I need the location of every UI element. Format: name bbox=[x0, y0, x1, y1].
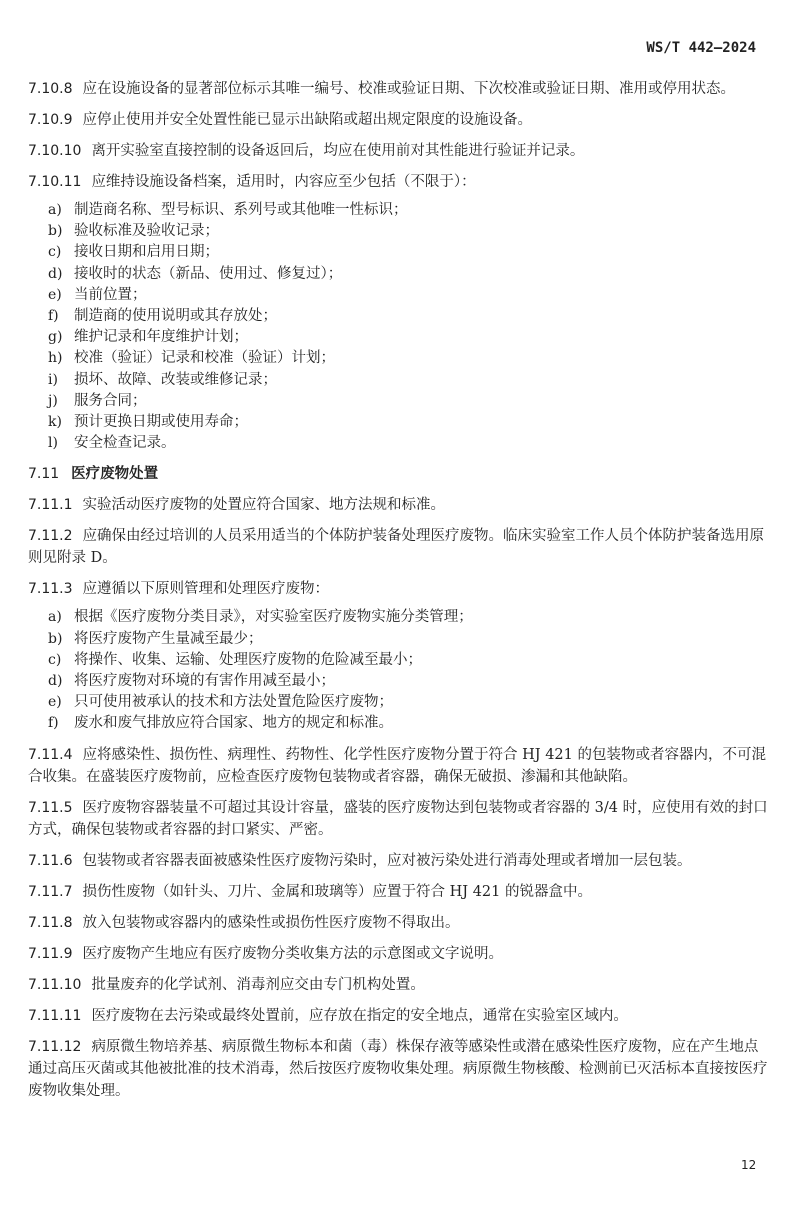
list-text: 将医疗废物对环境的有害作用减至最小； bbox=[70, 671, 335, 692]
standard-id-header: WS/T 442—2024 bbox=[646, 40, 756, 56]
clause-number: 7.11.11 bbox=[28, 1008, 81, 1024]
clause-text: 应停止使用并安全处置性能已显示出缺陷或超出规定限度的设施设备。 bbox=[83, 112, 533, 128]
clause-7-11-5: 7.11.5医疗废物容器装量不可超过其设计容量，盛装的医疗废物达到包装物或者容器… bbox=[28, 797, 772, 841]
section-heading-7-11: 7.11医疗废物处置 bbox=[28, 463, 772, 485]
clause-text: 放入包装物或容器内的感染性或损伤性医疗废物不得取出。 bbox=[83, 915, 460, 931]
list-marker: d) bbox=[48, 264, 70, 285]
clause-number: 7.11.4 bbox=[28, 747, 73, 763]
list-marker: b) bbox=[48, 629, 70, 650]
clause-number: 7.11.5 bbox=[28, 800, 73, 816]
list-text: 服务合同； bbox=[70, 391, 147, 412]
clause-text: 医疗废物容器装量不可超过其设计容量，盛装的医疗废物达到包装物或者容器的 3/4 … bbox=[28, 800, 768, 838]
list-marker: f) bbox=[48, 306, 70, 327]
list-item: k)预计更换日期或使用寿命； bbox=[28, 412, 772, 433]
list-item: b)将医疗废物产生量减至最少； bbox=[28, 629, 772, 650]
clause-number: 7.11.3 bbox=[28, 581, 73, 597]
list-item: d)将医疗废物对环境的有害作用减至最小； bbox=[28, 671, 772, 692]
clause-7-11-11: 7.11.11医疗废物在去污染或最终处置前，应存放在指定的安全地点，通常在实验室… bbox=[28, 1005, 772, 1027]
list-item: i)损坏、故障、改装或维修记录； bbox=[28, 370, 772, 391]
clause-number: 7.10.10 bbox=[28, 143, 81, 159]
list-marker: j) bbox=[48, 391, 70, 412]
clause-number: 7.11.1 bbox=[28, 497, 73, 513]
clause-number: 7.11.2 bbox=[28, 528, 73, 544]
list-marker: h) bbox=[48, 348, 70, 369]
list-text: 将操作、收集、运输、处理医疗废物的危险减至最小； bbox=[70, 650, 422, 671]
list-marker: g) bbox=[48, 327, 70, 348]
clause-7-10-11: 7.10.11应维持设施设备档案，适用时，内容应至少包括（不限于）： bbox=[28, 171, 772, 193]
list-marker: e) bbox=[48, 285, 70, 306]
clause-text: 应遵循以下原则管理和处理医疗废物： bbox=[83, 581, 330, 597]
list-item: c)将操作、收集、运输、处理医疗废物的危险减至最小； bbox=[28, 650, 772, 671]
list-marker: c) bbox=[48, 650, 70, 671]
clause-text: 离开实验室直接控制的设备返回后，均应在使用前对其性能进行验证并记录。 bbox=[91, 143, 584, 159]
clause-text: 应确保由经过培训的人员采用适当的个体防护装备处理医疗废物。临床实验室工作人员个体… bbox=[28, 528, 764, 566]
clause-number: 7.11.7 bbox=[28, 884, 73, 900]
list-marker: b) bbox=[48, 221, 70, 242]
list-marker: e) bbox=[48, 692, 70, 713]
list-text: 安全检查记录。 bbox=[70, 433, 176, 454]
clause-7-10-10: 7.10.10离开实验室直接控制的设备返回后，均应在使用前对其性能进行验证并记录… bbox=[28, 140, 772, 162]
list-item: l)安全检查记录。 bbox=[28, 433, 772, 454]
list-text: 只可使用被承认的技术和方法处置危险医疗废物； bbox=[70, 692, 393, 713]
clause-7-11-2: 7.11.2应确保由经过培训的人员采用适当的个体防护装备处理医疗废物。临床实验室… bbox=[28, 525, 772, 569]
clause-7-11-12: 7.11.12病原微生物培养基、病原微生物标本和菌（毒）株保存液等感染性或潜在感… bbox=[28, 1036, 772, 1102]
document-body: 7.10.8应在设施设备的显著部位标示其唯一编号、校准或验证日期、下次校准或验证… bbox=[28, 78, 772, 1111]
clause-number: 7.11.6 bbox=[28, 853, 73, 869]
clause-7-10-8: 7.10.8应在设施设备的显著部位标示其唯一编号、校准或验证日期、下次校准或验证… bbox=[28, 78, 772, 100]
list-item: e)当前位置； bbox=[28, 285, 772, 306]
list-marker: f) bbox=[48, 713, 70, 734]
list-marker: l) bbox=[48, 433, 70, 454]
list-item: j)服务合同； bbox=[28, 391, 772, 412]
list-item: f)废水和废气排放应符合国家、地方的规定和标准。 bbox=[28, 713, 772, 734]
list-marker: a) bbox=[48, 200, 70, 221]
clause-text: 应将感染性、损伤性、病理性、药物性、化学性医疗废物分置于符合 HJ 421 的包… bbox=[28, 747, 766, 785]
list-text: 预计更换日期或使用寿命； bbox=[70, 412, 248, 433]
list-text: 损坏、故障、改装或维修记录； bbox=[70, 370, 277, 391]
clause-text: 应维持设施设备档案，适用时，内容应至少包括（不限于）： bbox=[91, 174, 475, 190]
clause-number: 7.11.10 bbox=[28, 977, 81, 993]
list-text: 当前位置； bbox=[70, 285, 147, 306]
section-number: 7.11 bbox=[28, 466, 59, 482]
list-item: h)校准（验证）记录和校准（验证）计划； bbox=[28, 348, 772, 369]
list-item: c)接收日期和启用日期； bbox=[28, 242, 772, 263]
list-item: f)制造商的使用说明或其存放处； bbox=[28, 306, 772, 327]
list-text: 校准（验证）记录和校准（验证）计划； bbox=[70, 348, 335, 369]
list-item: a)根据《医疗废物分类目录》，对实验室医疗废物实施分类管理； bbox=[28, 607, 772, 628]
clause-7-11-1: 7.11.1实验活动医疗废物的处置应符合国家、地方法规和标准。 bbox=[28, 494, 772, 516]
section-title: 医疗废物处置 bbox=[71, 465, 158, 482]
list-marker: i) bbox=[48, 370, 70, 391]
list-text: 接收时的状态（新品、使用过、修复过）； bbox=[70, 264, 342, 285]
clause-number: 7.11.8 bbox=[28, 915, 73, 931]
clause-7-11-3: 7.11.3应遵循以下原则管理和处理医疗废物： bbox=[28, 578, 772, 600]
list-item: g)维护记录和年度维护计划； bbox=[28, 327, 772, 348]
clause-7-11-10: 7.11.10批量废弃的化学试剂、消毒剂应交由专门机构处置。 bbox=[28, 974, 772, 996]
list-text: 废水和废气排放应符合国家、地方的规定和标准。 bbox=[70, 713, 393, 734]
clause-7-11-7: 7.11.7损伤性废物（如针头、刀片、金属和玻璃等）应置于符合 HJ 421 的… bbox=[28, 881, 772, 903]
list-text: 维护记录和年度维护计划； bbox=[70, 327, 248, 348]
waste-principles-list: a)根据《医疗废物分类目录》，对实验室医疗废物实施分类管理； b)将医疗废物产生… bbox=[28, 607, 772, 734]
clause-7-11-4: 7.11.4应将感染性、损伤性、病理性、药物性、化学性医疗废物分置于符合 HJ … bbox=[28, 744, 772, 788]
list-item: e)只可使用被承认的技术和方法处置危险医疗废物； bbox=[28, 692, 772, 713]
clause-text: 损伤性废物（如针头、刀片、金属和玻璃等）应置于符合 HJ 421 的锐器盒中。 bbox=[83, 884, 592, 900]
list-marker: a) bbox=[48, 607, 70, 628]
list-item: a)制造商名称、型号标识、系列号或其他唯一性标识； bbox=[28, 200, 772, 221]
clause-7-10-9: 7.10.9应停止使用并安全处置性能已显示出缺陷或超出规定限度的设施设备。 bbox=[28, 109, 772, 131]
clause-text: 医疗废物在去污染或最终处置前，应存放在指定的安全地点，通常在实验室区域内。 bbox=[91, 1008, 628, 1024]
equipment-record-list: a)制造商名称、型号标识、系列号或其他唯一性标识； b)验收标准及验收记录； c… bbox=[28, 200, 772, 454]
clause-7-11-8: 7.11.8放入包装物或容器内的感染性或损伤性医疗废物不得取出。 bbox=[28, 912, 772, 934]
list-marker: c) bbox=[48, 242, 70, 263]
clause-text: 批量废弃的化学试剂、消毒剂应交由专门机构处置。 bbox=[91, 977, 425, 993]
page-number: 12 bbox=[741, 1158, 756, 1172]
clause-number: 7.11.12 bbox=[28, 1039, 81, 1055]
clause-7-11-9: 7.11.9医疗废物产生地应有医疗废物分类收集方法的示意图或文字说明。 bbox=[28, 943, 772, 965]
clause-text: 应在设施设备的显著部位标示其唯一编号、校准或验证日期、下次校准或验证日期、准用或… bbox=[83, 81, 736, 97]
list-text: 验收标准及验收记录； bbox=[70, 221, 219, 242]
clause-number: 7.11.9 bbox=[28, 946, 73, 962]
list-text: 将医疗废物产生量减至最少； bbox=[70, 629, 263, 650]
list-marker: k) bbox=[48, 412, 70, 433]
list-text: 接收日期和启用日期； bbox=[70, 242, 219, 263]
clause-number: 7.10.8 bbox=[28, 81, 73, 97]
list-text: 根据《医疗废物分类目录》，对实验室医疗废物实施分类管理； bbox=[70, 607, 473, 628]
clause-number: 7.10.9 bbox=[28, 112, 73, 128]
list-text: 制造商名称、型号标识、系列号或其他唯一性标识； bbox=[70, 200, 408, 221]
list-marker: d) bbox=[48, 671, 70, 692]
list-item: d)接收时的状态（新品、使用过、修复过）； bbox=[28, 264, 772, 285]
clause-7-11-6: 7.11.6包装物或者容器表面被感染性医疗废物污染时，应对被污染处进行消毒处理或… bbox=[28, 850, 772, 872]
clause-text: 实验活动医疗废物的处置应符合国家、地方法规和标准。 bbox=[83, 497, 446, 513]
list-item: b)验收标准及验收记录； bbox=[28, 221, 772, 242]
clause-text: 包装物或者容器表面被感染性医疗废物污染时，应对被污染处进行消毒处理或者增加一层包… bbox=[83, 853, 692, 869]
clause-number: 7.10.11 bbox=[28, 174, 81, 190]
list-text: 制造商的使用说明或其存放处； bbox=[70, 306, 277, 327]
clause-text: 医疗废物产生地应有医疗废物分类收集方法的示意图或文字说明。 bbox=[83, 946, 504, 962]
clause-text: 病原微生物培养基、病原微生物标本和菌（毒）株保存液等感染性或潜在感染性医疗废物，… bbox=[28, 1039, 768, 1099]
